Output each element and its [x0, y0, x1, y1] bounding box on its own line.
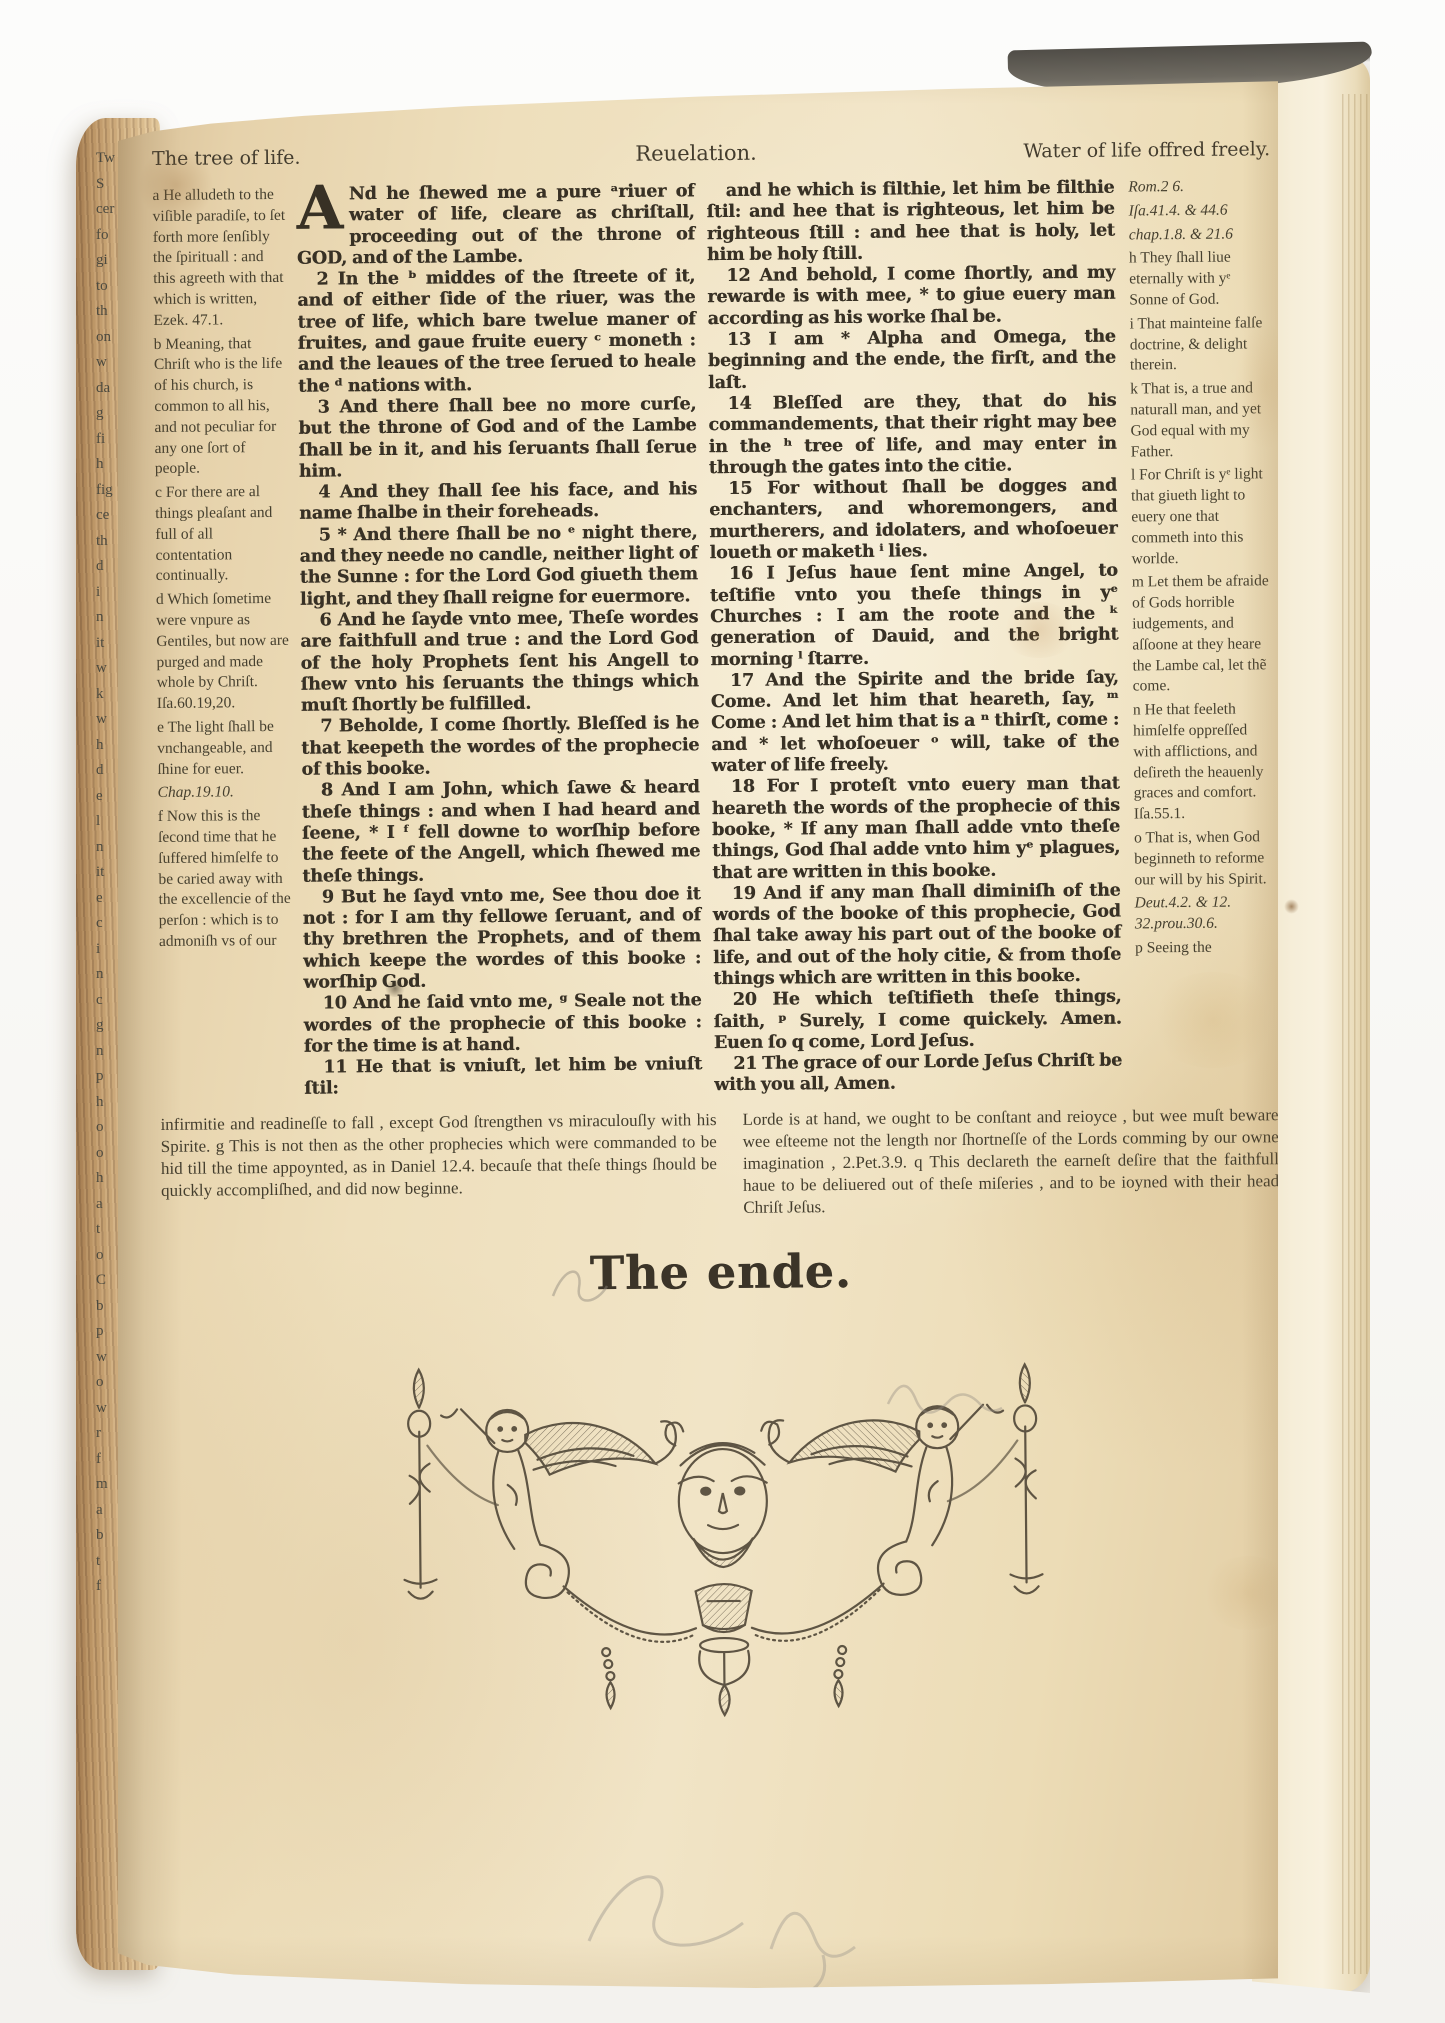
verse-paragraph: 4 And they ſhall ſee his face, and his n…: [299, 479, 697, 525]
margin-note: Chap.19.10.: [158, 782, 294, 804]
running-head: The tree of life. Reuelation. Water of l…: [152, 136, 1270, 170]
margin-note: f Now this is the ſecond time that he ſu…: [158, 806, 295, 953]
verse-paragraph: 2 In the ᵇ middes of the ſtreete of it, …: [297, 266, 696, 397]
margin-note: l For Chriſt is yᵉ light that giueth lig…: [1131, 465, 1274, 570]
running-head-left: The tree of life.: [152, 145, 452, 170]
running-head-title: Reuelation.: [452, 139, 940, 167]
margin-note: Iſa.41.4. & 44.6: [1129, 200, 1271, 222]
verse-paragraph: 7 Beholde, I come ſhortly. Bleſſed is he…: [301, 714, 700, 781]
verse-paragraph: 10 And he ſaid vnto me, ᵍ Seale not the …: [303, 991, 702, 1058]
verse-paragraph: ANd he ſhewed me a pure ᵃriuer of water …: [296, 181, 695, 270]
drop-cap-initial: A: [296, 184, 349, 230]
verse-paragraph: 18 For I proteſt vnto euery man that hea…: [712, 774, 1121, 884]
text-column-1: ANd he ſhewed me a pure ᵃriuer of water …: [296, 181, 702, 1100]
margin-note: e The light ſhall be vnchangeable, and ſ…: [157, 717, 294, 781]
footnote-paragraphs: infirmitie and readineſſe to fall , exce…: [160, 1104, 1279, 1224]
verse-paragraph: 20 He which teſtifieth theſe things, ſai…: [713, 987, 1122, 1054]
foxing-spot: [1284, 899, 1299, 914]
running-head-right: Water of life offred freely.: [940, 138, 1270, 163]
text-column-2: and he which is filthie, let him be filt…: [706, 178, 1122, 1097]
verses: 2 In the ᵇ middes of the ſtreete of it, …: [297, 266, 702, 1100]
caryatid-figure: [403, 1367, 697, 1710]
printed-text-block: The tree of life. Reuelation. Water of l…: [152, 136, 1284, 1782]
left-margin-notes: a He alludeth to the viſible paradiſe, t…: [152, 185, 296, 1102]
margin-note: b Meaning, that Chriſt who is the life o…: [154, 333, 291, 480]
verse-text: Nd he ſhewed me a pure ᵃriuer of water o…: [297, 181, 695, 268]
margin-note: a He alludeth to the viſible paradiſe, t…: [152, 185, 289, 332]
verse-paragraph: 8 And I am John, which ſawe & heard theſ…: [302, 778, 701, 888]
woodcut-container: [162, 1328, 1284, 1783]
verse-paragraph: 19 And if any man ſhall diminiſh of the …: [712, 880, 1121, 990]
margin-note: h They ſhall liue eternally with yᵉ Sonn…: [1129, 248, 1272, 312]
verse-paragraph: 15 For without ſhall be dogges and encha…: [709, 476, 1118, 565]
margin-note: c For there are al things pleaſant and f…: [155, 482, 292, 587]
verse-paragraph: 21 The grace of our Lorde Jeſus Chriſt b…: [714, 1051, 1122, 1097]
verse-paragraph: and he which is filthie, let him be filt…: [706, 178, 1115, 267]
verse-paragraph: 9 But he ſayd vnto me, See thou doe it n…: [302, 884, 701, 994]
margin-note: p Seeing the: [1135, 937, 1277, 959]
margin-note: Deut.4.2. & 12. 32.prou.30.6.: [1135, 893, 1277, 936]
margin-note: k That is, a true and naturall man, and …: [1130, 378, 1273, 462]
bible-page: The tree of life. Reuelation. Water of l…: [118, 60, 1278, 1988]
margin-note: Rom.2 6.: [1128, 176, 1270, 198]
headpiece-woodcut-ornament: [356, 1330, 1090, 1781]
verse-paragraph: 17 And the Spirite and the bride ſay, Co…: [711, 667, 1120, 777]
photograph-background: { "colors":{"paper":"#eee0bf","ink":"#38…: [0, 0, 1445, 2023]
verse-paragraph: 11 He that is vniuſt, let him be vniuſt …: [304, 1054, 702, 1100]
verse-paragraph: 13 I am * Alpha and Omega, the beginning…: [708, 327, 1117, 394]
verse-paragraph: 5 * And there ſhall be no ᵉ night there,…: [299, 522, 698, 611]
margin-note: o That is, when God beginneth to reforme…: [1134, 827, 1277, 891]
margin-note: n He that feeleth himſelfe oppreſſed wit…: [1133, 699, 1276, 825]
margin-note: i That mainteine falſe doctrine, & delig…: [1130, 313, 1273, 377]
text-columns: a He alludeth to the viſible paradiſe, t…: [152, 176, 1278, 1101]
right-margin-notes: Rom.2 6.Iſa.41.4. & 44.6chap.1.8. & 21.6…: [1128, 176, 1278, 1093]
margin-note: chap.1.8. & 21.6: [1129, 224, 1271, 246]
the-end-heading: The ende.: [162, 1240, 1280, 1304]
footnote-left: infirmitie and readineſſe to fall , exce…: [160, 1109, 717, 1224]
central-mask: [665, 1421, 780, 1567]
margin-note: m Let them be afraide of Gods horrible i…: [1132, 572, 1275, 698]
margin-note: d Which ſometime were vnpure as Gentiles…: [156, 589, 293, 715]
pedestal-vase: [696, 1584, 753, 1715]
verse-paragraph: 6 And he ſayde vnto mee, Theſe wordes ar…: [300, 607, 699, 717]
verse-paragraph: 16 I Jeſus haue ſent mine Angel, to teſt…: [710, 561, 1119, 671]
verse-paragraph: 3 And there ſhall bee no more curſe, but…: [298, 394, 697, 483]
verses: and he which is filthie, let him be filt…: [706, 178, 1122, 1097]
footnote-right: Lorde is at hand, we ought to be conſtan…: [742, 1104, 1279, 1219]
handwritten-scribble: [575, 1845, 895, 1995]
verse-paragraph: 14 Bleſſed are they, that do his command…: [708, 391, 1117, 480]
verse-paragraph: 12 And behold, I come ſhortly, and my re…: [707, 263, 1116, 330]
